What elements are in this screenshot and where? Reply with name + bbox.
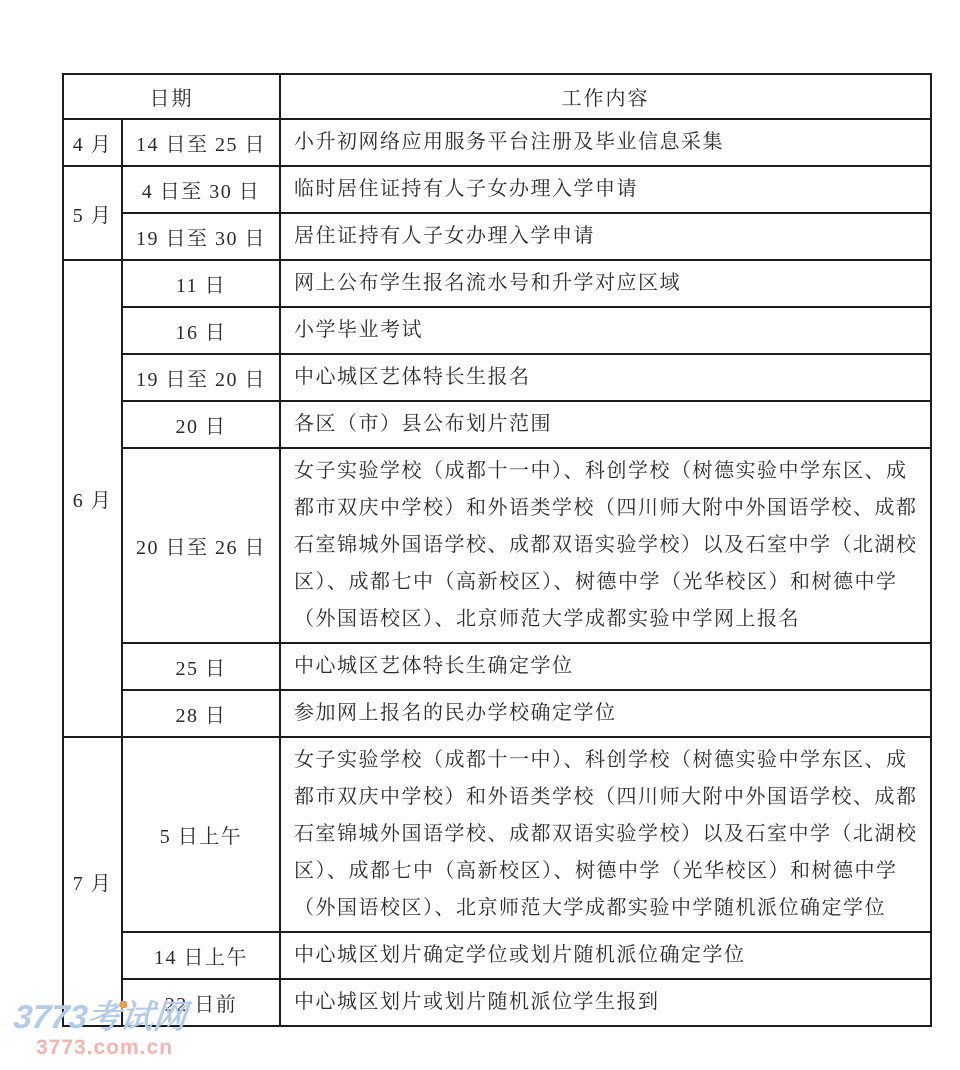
site-logo-url: 3773.com.cn bbox=[36, 1037, 224, 1058]
content-cell: 中心城区划片确定学位或划片随机派位确定学位 bbox=[280, 932, 931, 979]
table-header-row: 日期 工作内容 bbox=[63, 74, 931, 119]
content-cell: 女子实验学校（成都十一中）、科创学校（树德实验中学东区、成都市双庆中学校）和外语… bbox=[280, 448, 931, 643]
date-cell: 5 日上午 bbox=[122, 737, 280, 932]
table-row: 16 日 小学毕业考试 bbox=[63, 307, 931, 354]
content-cell: 各区（市）县公布划片范围 bbox=[280, 401, 931, 448]
site-watermark: 3773考试网 3773.com.cn bbox=[14, 1000, 224, 1064]
content-cell: 女子实验学校（成都十一中）、科创学校（树德实验中学东区、成都市双庆中学校）和外语… bbox=[280, 737, 931, 932]
table-row: 4 月 14 日至 25 日 小升初网络应用服务平台注册及毕业信息采集 bbox=[63, 119, 931, 166]
content-cell: 中心城区艺体特长生确定学位 bbox=[280, 643, 931, 690]
document-page: 日期 工作内容 4 月 14 日至 25 日 小升初网络应用服务平台注册及毕业信… bbox=[0, 0, 960, 1070]
date-cell: 28 日 bbox=[122, 690, 280, 737]
date-cell: 11 日 bbox=[122, 260, 280, 307]
content-cell: 中心城区艺体特长生报名 bbox=[280, 354, 931, 401]
month-cell-july: 7 月 bbox=[63, 737, 122, 1026]
table-row: 14 日上午 中心城区划片确定学位或划片随机派位确定学位 bbox=[63, 932, 931, 979]
date-cell: 19 日至 20 日 bbox=[122, 354, 280, 401]
table-row: 7 月 5 日上午 女子实验学校（成都十一中）、科创学校（树德实验中学东区、成都… bbox=[63, 737, 931, 932]
date-cell: 20 日至 26 日 bbox=[122, 448, 280, 643]
content-cell: 小学毕业考试 bbox=[280, 307, 931, 354]
date-cell: 19 日至 30 日 bbox=[122, 213, 280, 260]
content-cell: 临时居住证持有人子女办理入学申请 bbox=[280, 166, 931, 213]
content-cell: 参加网上报名的民办学校确定学位 bbox=[280, 690, 931, 737]
table-row: 5 月 4 日至 30 日 临时居住证持有人子女办理入学申请 bbox=[63, 166, 931, 213]
table-row: 6 月 11 日 网上公布学生报名流水号和升学对应区域 bbox=[63, 260, 931, 307]
month-cell-june: 6 月 bbox=[63, 260, 122, 737]
date-cell: 20 日 bbox=[122, 401, 280, 448]
site-logo-text: 3773考试网 bbox=[12, 1000, 225, 1033]
month-cell-april: 4 月 bbox=[63, 119, 122, 166]
header-date: 日期 bbox=[63, 74, 280, 119]
content-cell: 网上公布学生报名流水号和升学对应区域 bbox=[280, 260, 931, 307]
content-cell: 中心城区划片或划片随机派位学生报到 bbox=[280, 979, 931, 1026]
header-content: 工作内容 bbox=[280, 74, 931, 119]
date-cell: 4 日至 30 日 bbox=[122, 166, 280, 213]
table-row: 28 日 参加网上报名的民办学校确定学位 bbox=[63, 690, 931, 737]
schedule-table: 日期 工作内容 4 月 14 日至 25 日 小升初网络应用服务平台注册及毕业信… bbox=[62, 73, 932, 1027]
content-cell: 居住证持有人子女办理入学申请 bbox=[280, 213, 931, 260]
date-cell: 14 日上午 bbox=[122, 932, 280, 979]
content-cell: 小升初网络应用服务平台注册及毕业信息采集 bbox=[280, 119, 931, 166]
table-row: 25 日 中心城区艺体特长生确定学位 bbox=[63, 643, 931, 690]
date-cell: 25 日 bbox=[122, 643, 280, 690]
month-cell-may: 5 月 bbox=[63, 166, 122, 260]
table-row: 19 日至 20 日 中心城区艺体特长生报名 bbox=[63, 354, 931, 401]
date-cell: 14 日至 25 日 bbox=[122, 119, 280, 166]
table-row: 20 日至 26 日 女子实验学校（成都十一中）、科创学校（树德实验中学东区、成… bbox=[63, 448, 931, 643]
table-row: 20 日 各区（市）县公布划片范围 bbox=[63, 401, 931, 448]
table-row: 19 日至 30 日 居住证持有人子女办理入学申请 bbox=[63, 213, 931, 260]
logo-accent-dot-icon bbox=[120, 1001, 127, 1008]
date-cell: 16 日 bbox=[122, 307, 280, 354]
